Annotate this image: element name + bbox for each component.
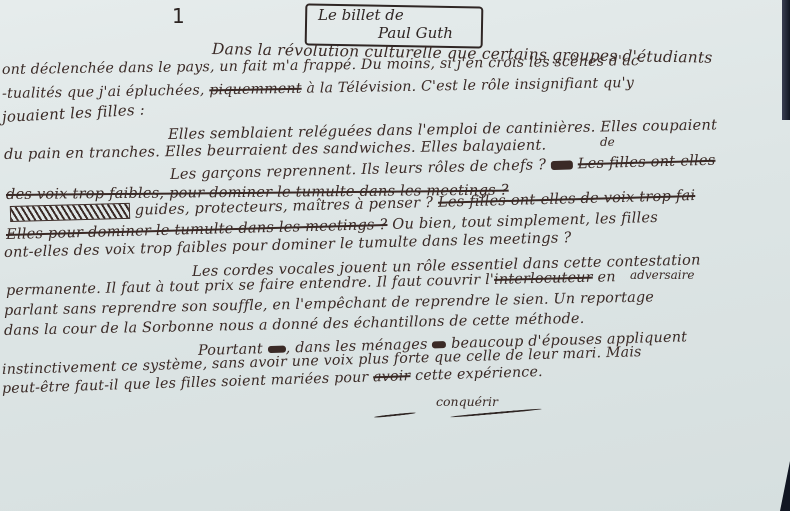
ink-blot bbox=[432, 341, 446, 348]
insertion-note: de bbox=[600, 135, 615, 149]
page-corner-shadow bbox=[780, 461, 790, 511]
struck-text: piquemment bbox=[209, 81, 302, 99]
page-number: 1 bbox=[172, 4, 185, 28]
insertion-note: adversaire bbox=[630, 268, 694, 282]
ink-blot bbox=[551, 160, 573, 170]
struck-text: avoir bbox=[373, 368, 411, 385]
scribbled-out-text bbox=[10, 203, 130, 222]
struck-text: interlocuteur bbox=[494, 270, 593, 288]
struck-text: Les filles ont-elles bbox=[578, 152, 716, 173]
text-fragment: en bbox=[597, 269, 616, 285]
title-line-2: Paul Guth bbox=[378, 24, 453, 42]
title-line-1: Le billet de bbox=[318, 6, 404, 24]
page-edge-shadow bbox=[782, 0, 790, 120]
insertion-note: conquérir bbox=[436, 394, 498, 409]
ink-blot bbox=[268, 345, 286, 352]
